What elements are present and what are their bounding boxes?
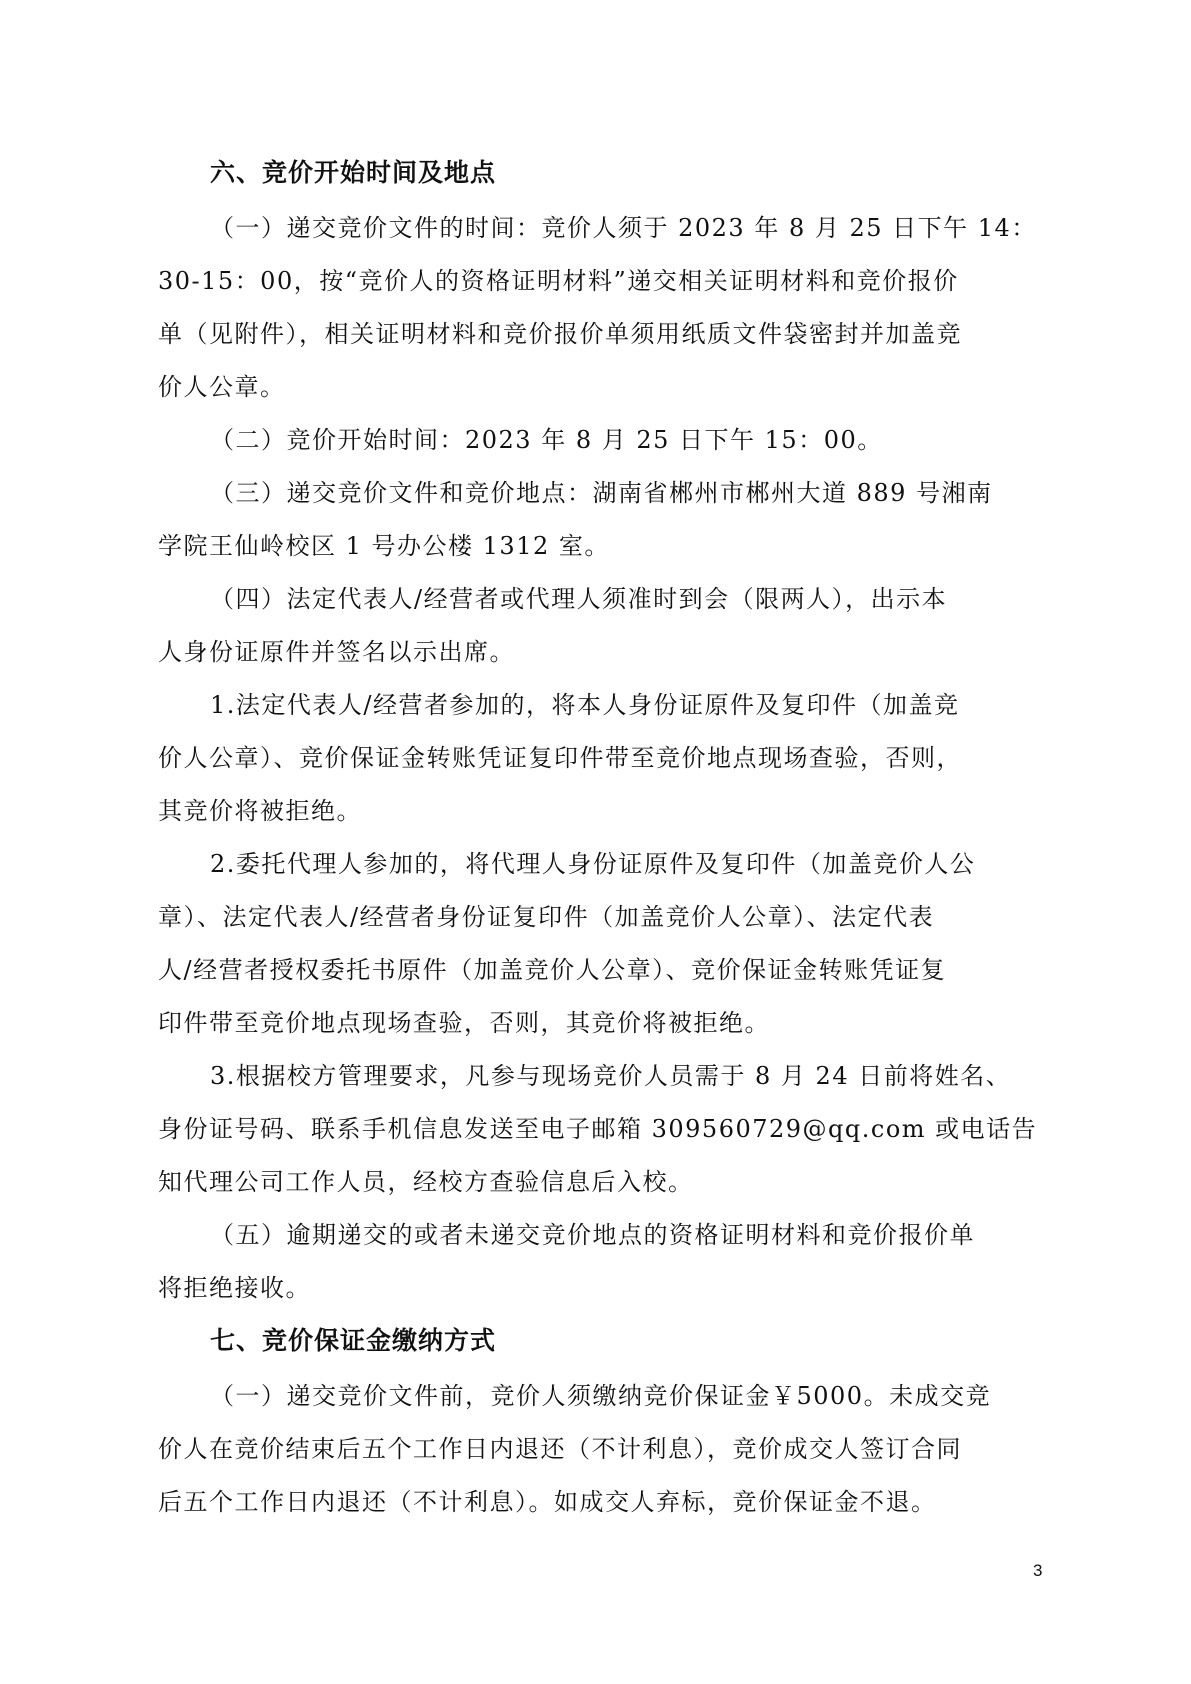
- paragraph-line: （一）递交竞价文件前，竞价人须缴纳竞价保证金￥5000。未成交竞: [210, 1381, 991, 1411]
- paragraph-line: 1.法定代表人/经营者参加的，将本人身份证原件及复印件（加盖竞: [210, 690, 959, 720]
- document-page: 3 六、竞价开始时间及地点（一）递交竞价文件的时间：竞价人须于 2023 年 8…: [0, 0, 1191, 1684]
- paragraph-line: 印件带至竞价地点现场查验，否则，其竞价将被拒绝。: [158, 1008, 770, 1038]
- paragraph-line: （五）逾期递交的或者未递交竞价地点的资格证明材料和竞价报价单: [210, 1220, 975, 1250]
- paragraph-line: 价人在竞价结束后五个工作日内退还（不计利息），竞价成交人签订合同: [158, 1434, 962, 1464]
- paragraph-line: 其竞价将被拒绝。: [158, 796, 362, 826]
- paragraph-line: 30-15：00，按“竞价人的资格证明材料”递交相关证明材料和竞价报价: [158, 266, 959, 296]
- paragraph-line: 3.根据校方管理要求，凡参与现场竞价人员需于 8 月 24 日前将姓名、: [210, 1061, 1011, 1091]
- paragraph-line: 知代理公司工作人员，经校方查验信息后入校。: [158, 1167, 694, 1197]
- paragraph-line: 人/经营者授权委托书原件（加盖竞价人公章）、竞价保证金转账凭证复: [158, 955, 946, 985]
- paragraph-line: （二）竞价开始时间：2023 年 8 月 25 日下午 15：00。: [210, 425, 883, 455]
- paragraph-line: 将拒绝接收。: [158, 1273, 311, 1303]
- paragraph-line: 2.委托代理人参加的，将代理人身份证原件及复印件（加盖竞价人公: [210, 849, 975, 879]
- paragraph-line: （一）递交竞价文件的时间：竞价人须于 2023 年 8 月 25 日下午 14：: [210, 213, 1037, 243]
- paragraph-line: 价人公章。: [158, 372, 286, 402]
- paragraph-line: 后五个工作日内退还（不计利息）。如成交人弃标，竞价保证金不退。: [158, 1487, 937, 1517]
- paragraph-line: 身份证号码、联系手机信息发送至电子邮箱 309560729@qq.com 或电话…: [158, 1114, 1037, 1144]
- paragraph-line: 学院王仙岭校区 1 号办公楼 1312 室。: [158, 531, 610, 561]
- paragraph-line: 人身份证原件并签名以示出席。: [158, 637, 515, 667]
- paragraph-line: 章）、法定代表人/经营者身份证复印件（加盖竞价人公章）、法定代表: [158, 902, 934, 932]
- paragraph-line: （四）法定代表人/经营者或代理人须准时到会（限两人），出示本: [210, 584, 947, 614]
- paragraph-line: 价人公章）、竞价保证金转账凭证复印件带至竞价地点现场查验，否则，: [158, 743, 962, 773]
- paragraph-line: 单（见附件），相关证明材料和竞价报价单须用纸质文件袋密封并加盖竞: [158, 319, 962, 349]
- paragraph-line: （三）递交竞价文件和竞价地点：湖南省郴州市郴州大道 889 号湘南: [210, 478, 993, 508]
- section-heading: 六、竞价开始时间及地点: [210, 158, 496, 188]
- section-heading: 七、竞价保证金缴纳方式: [210, 1326, 496, 1356]
- page-number: 3: [1033, 1561, 1042, 1581]
